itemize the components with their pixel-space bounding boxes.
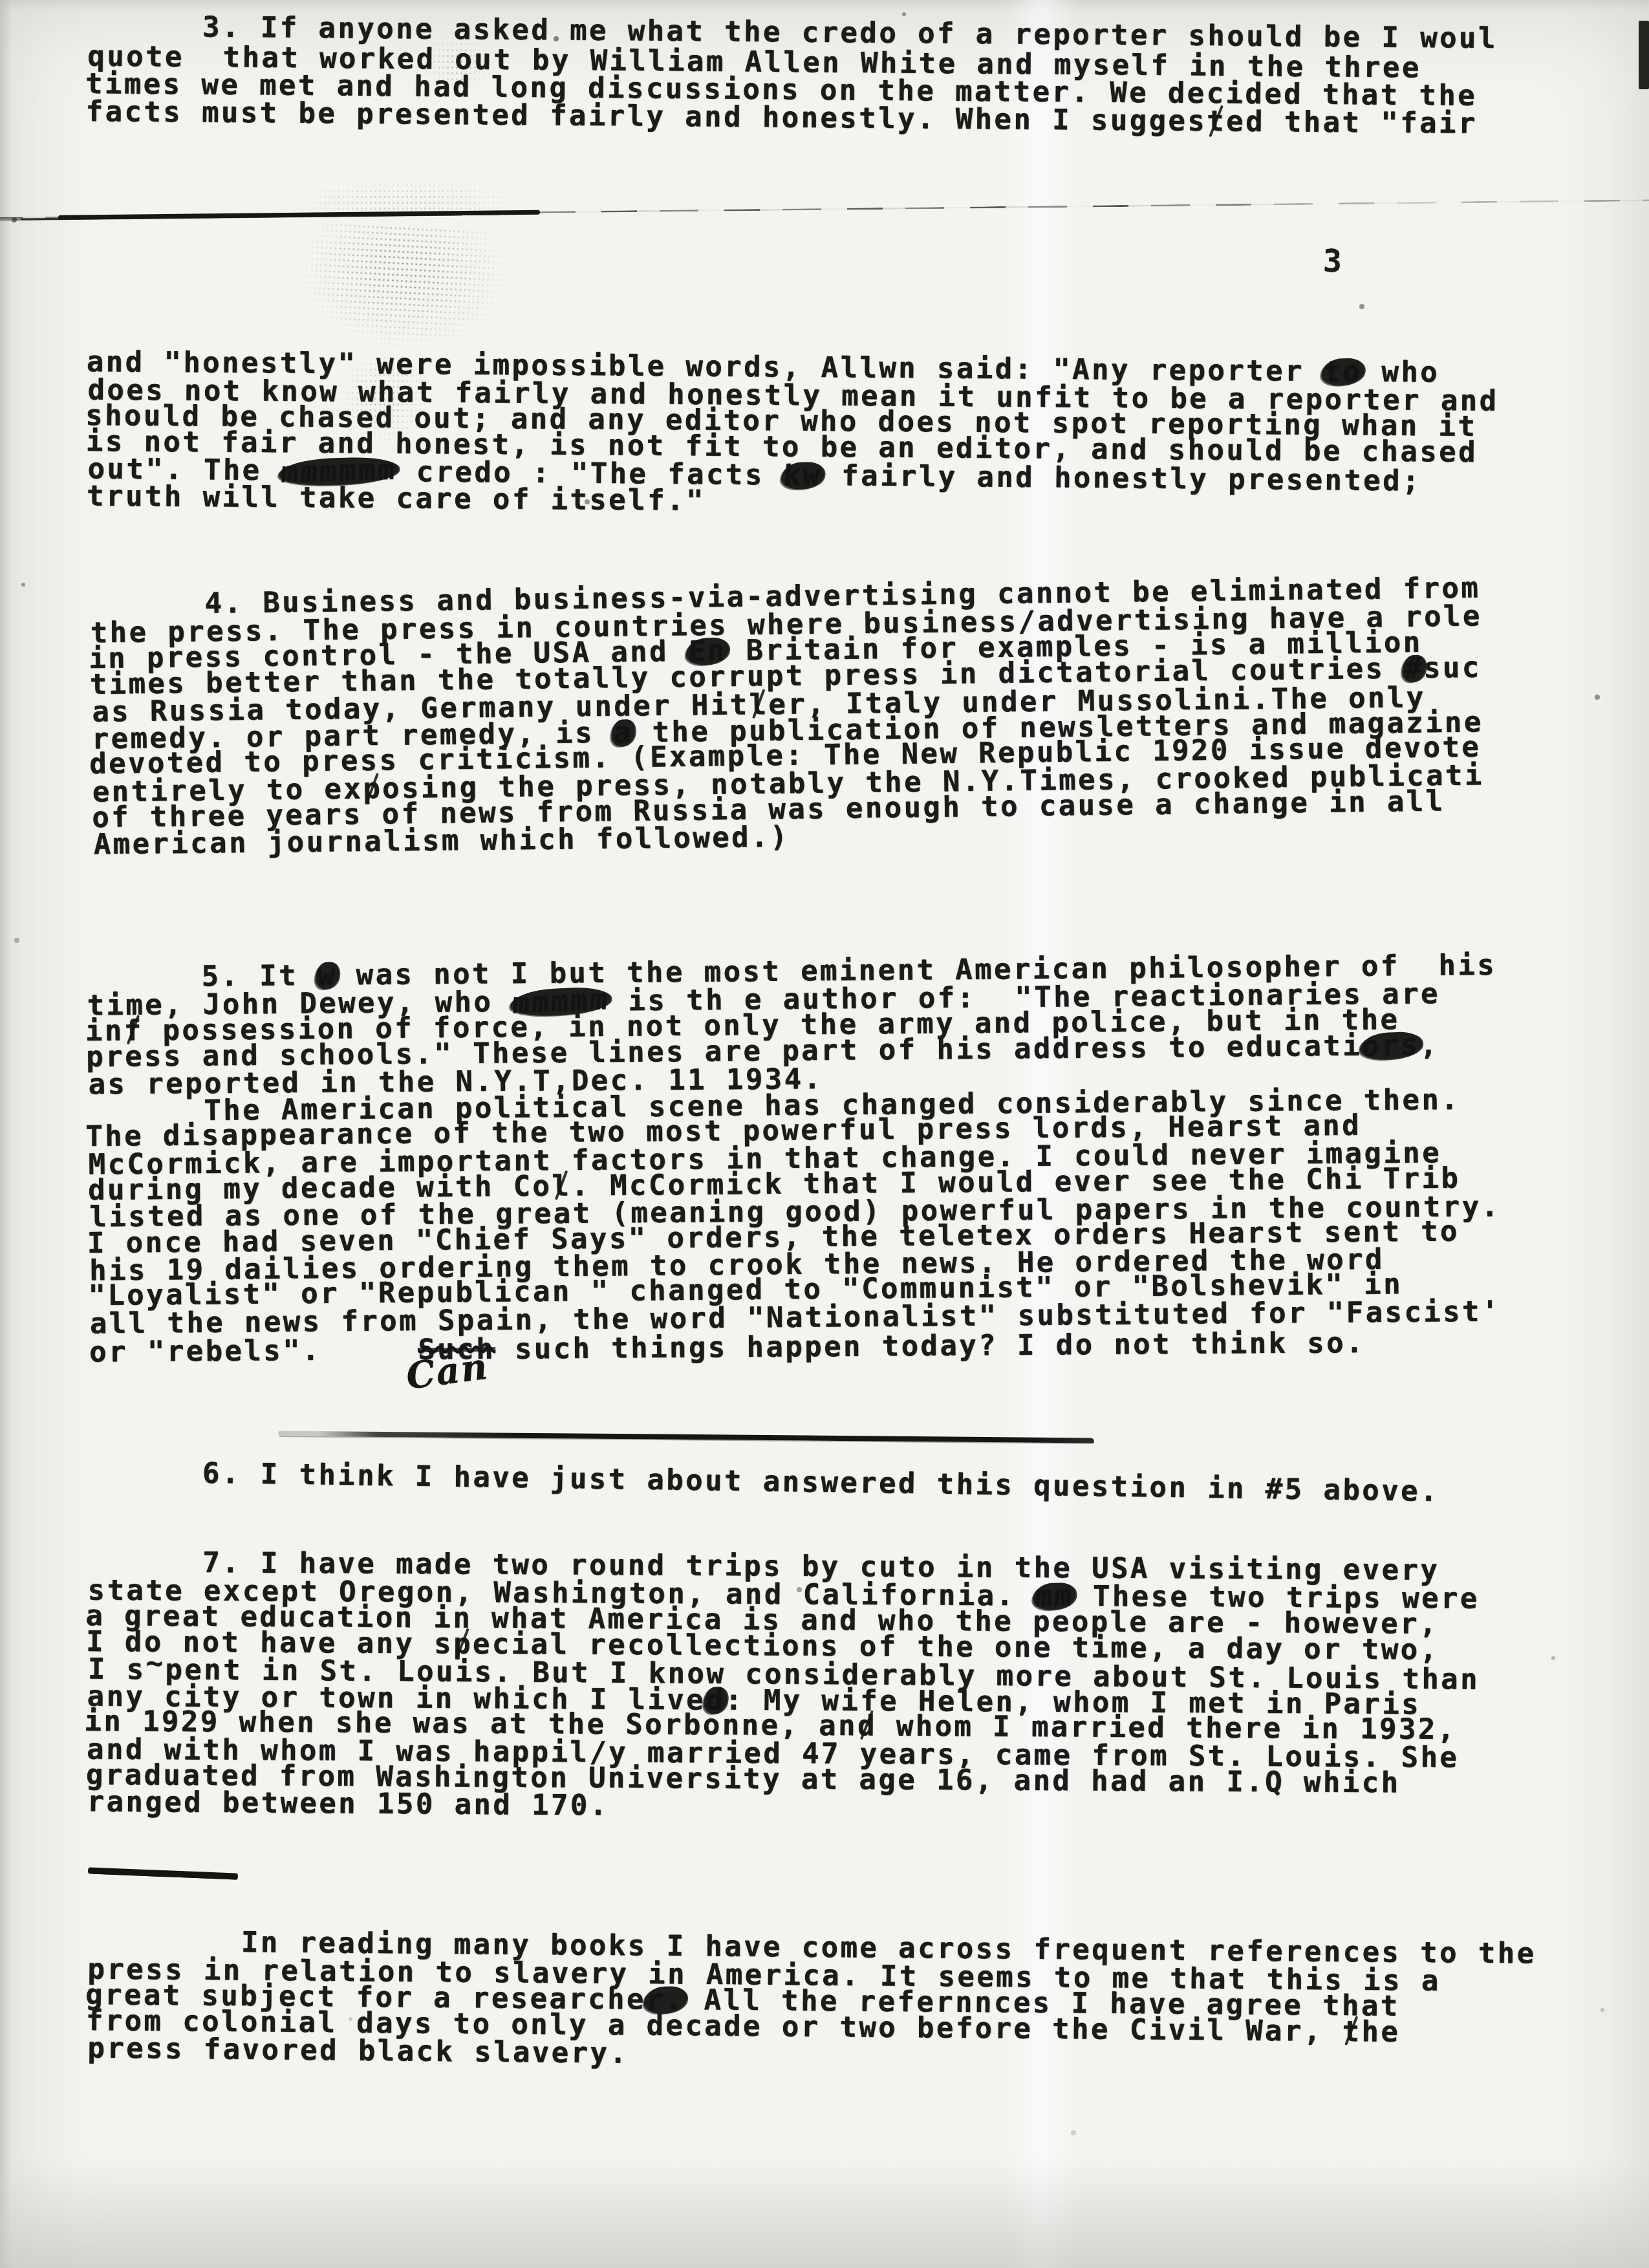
para-6: 6. I think I have just about answered th… [87,1459,1440,1506]
edge-right-mark [1639,21,1649,89]
inked-out-word: to [1321,358,1365,385]
typed-text: he [1361,2015,1400,2049]
overstruck-char: t [1342,2018,1361,2045]
inked-out-word: # [1401,654,1426,682]
bottom-shade [0,2158,1649,2268]
para-5: 5. It w was not I but the most eminent A… [86,953,1500,1365]
specks [0,0,3,3]
para-7: 7. I have made two round trips by cuto i… [85,1550,1479,1823]
typed-text: press favored black slavery. [87,2031,629,2069]
inked-out-word: kw [781,462,824,490]
overstruck-char: t [1207,107,1226,136]
typed-text: 6. I think I have just about answered th… [86,1455,1439,1508]
inserted-squiggle: ~ [145,1647,165,1679]
overstruck-char: d [857,1712,877,1739]
page-number: 3 [1323,243,1342,279]
typed-text: such things happen today? I do not think… [495,1326,1365,1366]
para-closing: In reading many books I have come across… [86,1928,1536,2074]
typed-text: or "rebels". [89,1334,418,1369]
overstruck-char: p [453,1630,473,1657]
handwritten-correction: Can [405,1364,408,1390]
edge-left-shade [0,0,12,2268]
paragraph-3-top: 3. If anyone asked me what the credo of … [86,13,1498,139]
edge-top-shade [0,0,1649,10]
smudge-top [278,182,530,220]
inked-out-word: w [315,962,339,989]
typed-line: 6. I think I have just about answered th… [86,1458,1439,1505]
typed-text: ed that "fair [1226,105,1478,140]
page-break-line [0,195,1649,224]
typed-text: suc [1423,651,1482,685]
inked-out-word: ors [1359,1031,1422,1060]
para-4: 4. Business and business-via-advertising… [89,576,1484,858]
typed-text: truth will take care of itself." [87,480,706,518]
typed-text: ranged between 150 and 170. [87,1786,609,1822]
typed-text: , [1419,1029,1439,1062]
scanned-typewritten-page: 3 3. If anyone asked me what the credo o… [0,0,1649,2268]
overstruck-char: l [552,1172,571,1199]
short-divider [88,1867,238,1879]
mid-divider [278,1431,1094,1443]
para-3-cont: and "honestly" were impossible words, Al… [86,349,1498,519]
typed-text: American journalism which followed.) [93,821,790,861]
